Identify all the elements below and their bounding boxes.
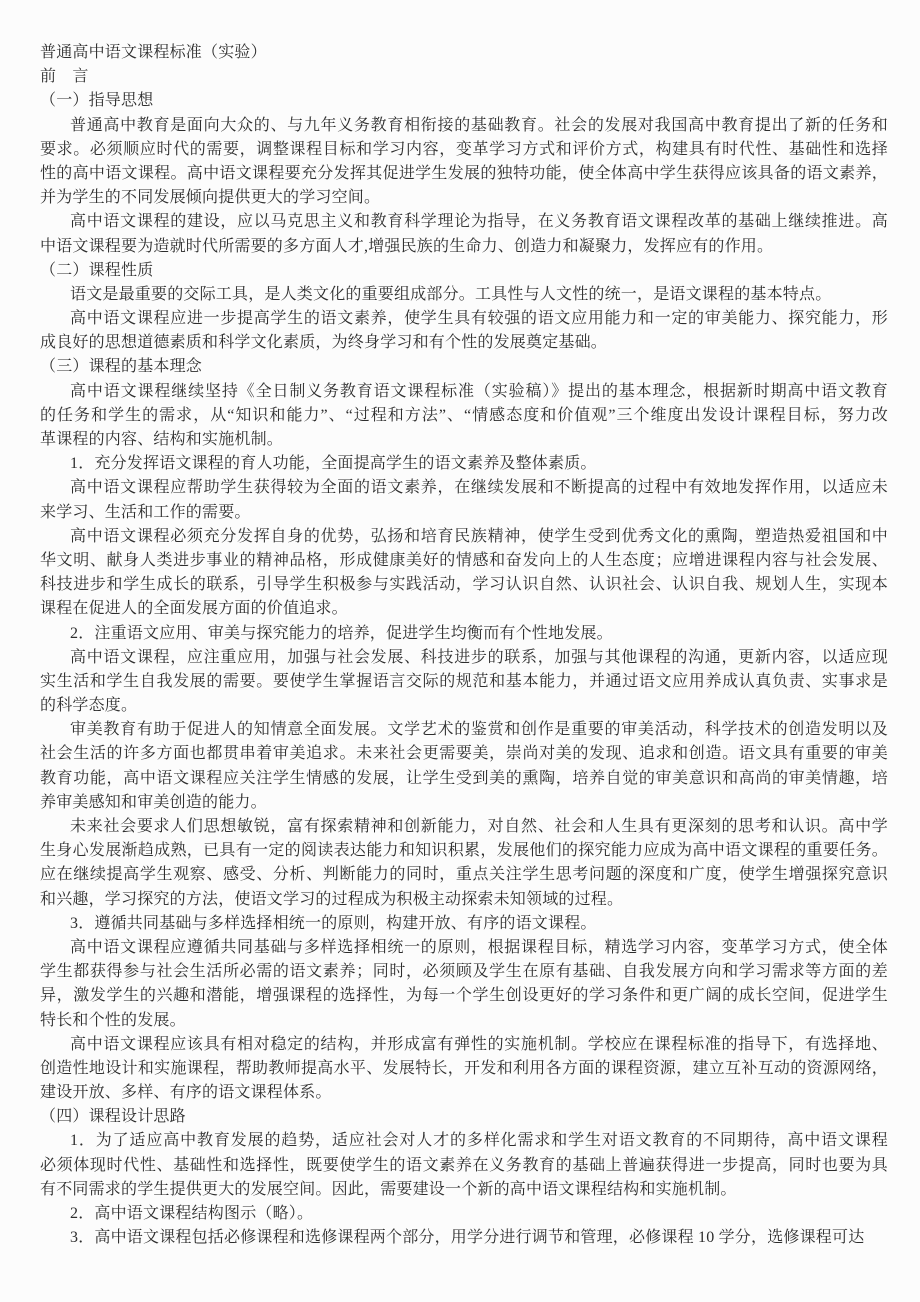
text-line: 要求。必须顺应时代的需要，调整课程目标和学习内容，变革学习方式和评价方式，构建具… bbox=[40, 138, 888, 162]
numbered-item-line: 3．高中语文课程包括必修课程和选修课程两个部分，用学分进行调节和管理，必修课程 … bbox=[40, 1226, 888, 1250]
text-line: 必须体现时代性、基础性和选择性，既要使学生的语文素养在义务教育的基础上普遍获得进… bbox=[40, 1154, 888, 1178]
text-line: 高中语文课程应帮助学生获得较为全面的语文素养，在继续发展和不断提高的过程中有效地… bbox=[40, 476, 888, 500]
text-line: 社会生活的许多方面也都贯串着审美追求。未来社会更需要美，崇尚对美的发现、追求和创… bbox=[40, 742, 888, 766]
numbered-item-line: 2．高中语文课程结构图示（略）。 bbox=[40, 1202, 888, 1226]
text-line: 来学习、生活和工作的需要。 bbox=[40, 501, 888, 525]
text-line: 教育功能，高中语文课程应关注学生情感的发展，让学生受到美的熏陶，培养自觉的审美意… bbox=[40, 767, 888, 791]
text-line: 科技进步和学生成长的联系，引导学生积极参与实践活动，学习认识自然、认识社会、认识… bbox=[40, 573, 888, 597]
text-line: 并为学生的不同发展倾向提供更大的学习空间。 bbox=[40, 186, 888, 210]
text-line: 审美教育有助于促进人的知情意全面发展。文学艺术的鉴赏和创作是重要的审美活动，科学… bbox=[40, 718, 888, 742]
text-line: 语文是最重要的交际工具，是人类文化的重要组成部分。工具性与人文性的统一，是语文课… bbox=[40, 283, 888, 307]
document-title: 普通高中语文课程标准（实验） bbox=[40, 41, 888, 65]
section-heading: （四）课程设计思路 bbox=[40, 1105, 888, 1129]
numbered-item-line: 1．为了适应高中教育发展的趋势，适应社会对人才的多样化需求和学生对语文教育的不同… bbox=[40, 1129, 888, 1153]
preface-heading: 前 言 bbox=[40, 65, 888, 89]
text-line: 中语文课程要为造就时代所需要的多方面人才,增强民族的生命力、创造力和凝聚力，发挥… bbox=[40, 235, 888, 259]
section-heading: （三）课程的基本理念 bbox=[40, 355, 888, 379]
section-heading: （一）指导思想 bbox=[40, 89, 888, 113]
text-line: 的任务和学生的需求，从“知识和能力”、“过程和方法”、“情感态度和价值观”三个维… bbox=[40, 404, 888, 428]
text-line: 实生活和学生自我发展的需要。要使学生掌握语言交际的规范和基本能力，并通过语文应用… bbox=[40, 670, 888, 694]
text-line: 性的高中语文课程。高中语文课程要充分发挥其促进学生发展的独特功能，使全体高中学生… bbox=[40, 162, 888, 186]
section-heading: （二）课程性质 bbox=[40, 259, 888, 283]
text-line: 高中语文课程应遵循共同基础与多样选择相统一的原则，根据课程目标，精选学习内容，变… bbox=[40, 936, 888, 960]
numbered-item-line: 3．遵循共同基础与多样选择相统一的原则，构建开放、有序的语文课程。 bbox=[40, 912, 888, 936]
text-line: 和兴趣，学习探究的方法，使语文学习的过程成为积极主动探索未知领域的过程。 bbox=[40, 888, 888, 912]
text-line: 应在继续提高学生观察、感受、分析、判断能力的同时，重点关注学生思考问题的深度和广… bbox=[40, 863, 888, 887]
text-line: 高中语文课程继续坚持《全日制义务教育语文课程标准（实验稿）》提出的基本理念，根据… bbox=[40, 380, 888, 404]
numbered-item-line: 2．注重语文应用、审美与探究能力的培养，促进学生均衡而有个性地发展。 bbox=[40, 622, 888, 646]
text-line: 特长和个性的发展。 bbox=[40, 1009, 888, 1033]
text-line: 建设开放、多样、有序的语文课程体系。 bbox=[40, 1081, 888, 1105]
text-line: 有不同需求的学生提供更大的发展空间。因此，需要建设一个新的高中语文课程结构和实施… bbox=[40, 1178, 888, 1202]
text-line: 革课程的内容、结构和实施机制。 bbox=[40, 428, 888, 452]
document-body: 普通高中语文课程标准（实验）前 言（一）指导思想普通高中教育是面向大众的、与九年… bbox=[40, 41, 888, 1250]
numbered-item-line: 1．充分发挥语文课程的育人功能，全面提高学生的语文素养及整体素质。 bbox=[40, 452, 888, 476]
text-line: 高中语文课程必须充分发挥自身的优势，弘扬和培育民族精神，使学生受到优秀文化的熏陶… bbox=[40, 525, 888, 549]
text-line: 高中语文课程应进一步提高学生的语文素养，使学生具有较强的语文应用能力和一定的审美… bbox=[40, 307, 888, 331]
text-line: 普通高中教育是面向大众的、与九年义务教育相衔接的基础教育。社会的发展对我国高中教… bbox=[40, 114, 888, 138]
text-line: 创造性地设计和实施课程，帮助教师提高水平、发展特长，开发和利用各方面的课程资源，… bbox=[40, 1057, 888, 1081]
text-line: 的科学态度。 bbox=[40, 694, 888, 718]
text-line: 高中语文课程应该具有相对稳定的结构，并形成富有弹性的实施机制。学校应在课程标准的… bbox=[40, 1033, 888, 1057]
text-line: 学生都获得参与社会生活所必需的语文素养；同时，必须顾及学生在原有基础、自我发展方… bbox=[40, 960, 888, 984]
text-line: 未来社会要求人们思想敏锐，富有探索精神和创新能力，对自然、社会和人生具有更深刻的… bbox=[40, 815, 888, 839]
text-line: 高中语文课程，应注重应用，加强与社会发展、科技进步的联系，加强与其他课程的沟通，… bbox=[40, 646, 888, 670]
text-line: 课程在促进人的全面发展方面的价值追求。 bbox=[40, 597, 888, 621]
text-line: 异，激发学生的兴趣和潜能，增强课程的选择性，为每一个学生创设更好的学习条件和更广… bbox=[40, 984, 888, 1008]
text-line: 成良好的思想道德素质和科学文化素质，为终身学习和有个性的发展奠定基础。 bbox=[40, 331, 888, 355]
text-line: 生身心发展渐趋成熟，已具有一定的阅读表达能力和知识积累，发展他们的探究能力应成为… bbox=[40, 839, 888, 863]
document-page: 普通高中语文课程标准（实验）前 言（一）指导思想普通高中教育是面向大众的、与九年… bbox=[0, 0, 920, 1302]
text-line: 养审美感知和审美创造的能力。 bbox=[40, 791, 888, 815]
text-line: 华文明、献身人类进步事业的精神品格，形成健康美好的情感和奋发向上的人生态度；应增… bbox=[40, 549, 888, 573]
text-line: 高中语文课程的建设，应以马克思主义和教育科学理论为指导，在义务教育语文课程改革的… bbox=[40, 210, 888, 234]
